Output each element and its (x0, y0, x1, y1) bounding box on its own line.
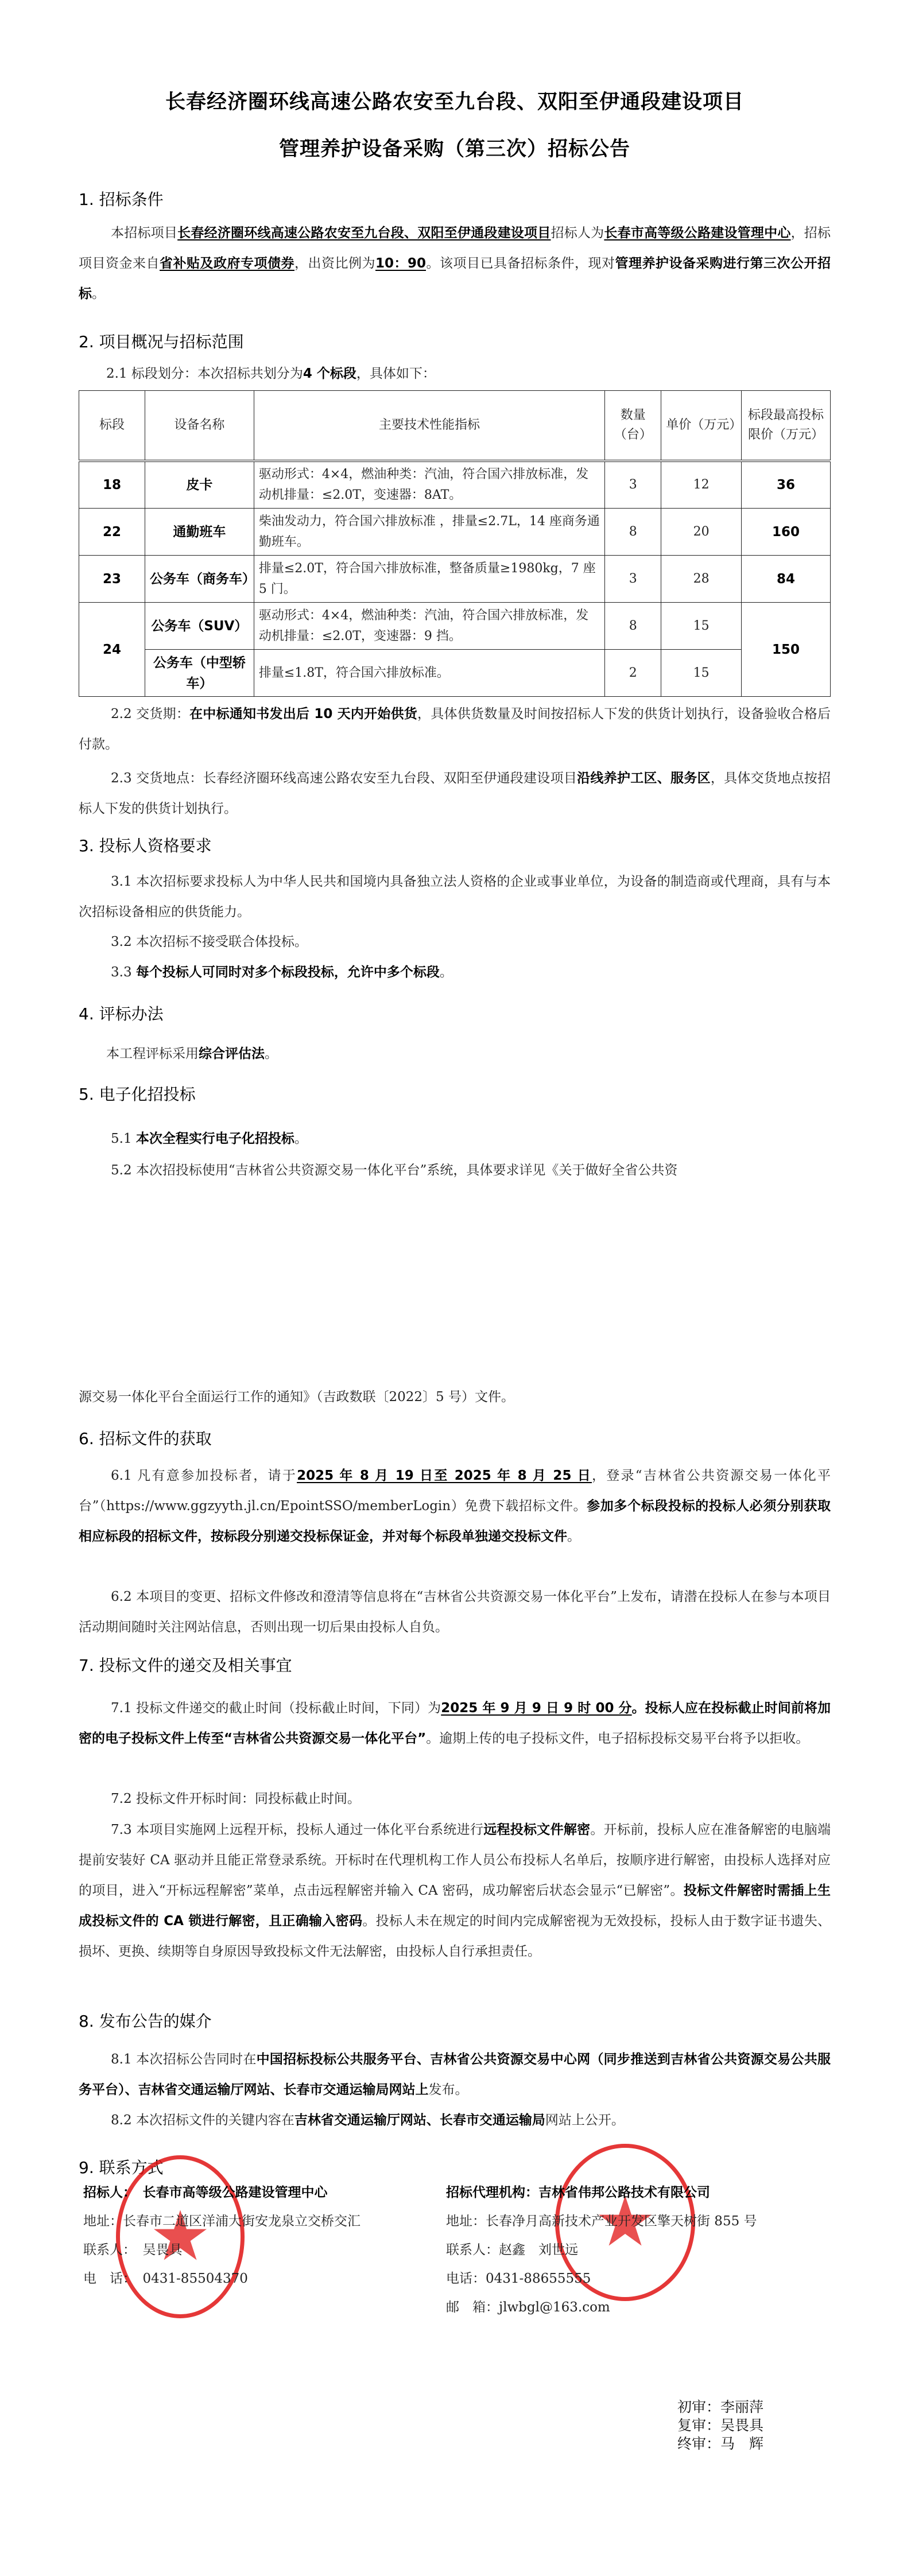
text: ，出资比例为 (294, 256, 375, 271)
header-spec: 主要技术性能指标 (254, 391, 604, 461)
tenderer-name: 长春市高等级公路建设管理中心 (143, 2185, 328, 2200)
section-heading-7: 7. 投标文件的递交及相关事宜 (79, 1653, 292, 1676)
table-row: 24 公务车（SUV） 驱动形式：4×4，燃油种类：汽油，符合国六排放标准，发动… (79, 603, 831, 650)
label: 初审： (677, 2399, 720, 2415)
tenderer-name: 长春市高等级公路建设管理中心 (604, 226, 790, 240)
agency-name-line: 招标代理机构：吉林省伟邦公路技术有限公司 (446, 2178, 757, 2207)
text: 7.3 本项目实施网上远程开标，投标人通过一体化平台系统进行 (111, 1822, 483, 1837)
equipment-spec: 柴油发动力，符合国六排放标准 ，排量≤2.7L，14 座商务通勤班车。 (254, 509, 604, 556)
submission-7-3: 7.3 本项目实施网上远程开标，投标人通过一体化平台系统进行远程投标文件解密。开… (79, 1815, 831, 1967)
text: ，具体如下： (356, 366, 436, 381)
electronic-5-2-line1: 5.2 本次招投标使用“吉林省公共资源交易一体化平台”系统，具体要求详见《关于做… (79, 1155, 831, 1186)
unit-price: 20 (661, 509, 742, 556)
reviewer-name: 李丽萍 (720, 2399, 763, 2415)
text: 发布。 (429, 2082, 468, 2097)
header-qty: 数量（台） (605, 391, 661, 461)
text: 5.1 (111, 1131, 136, 1146)
section-heading-9: 9. 联系方式 (79, 2155, 164, 2178)
quantity: 2 (605, 650, 661, 697)
agency-phone-line: 电话：0431-88655555 (446, 2264, 757, 2293)
table-row: 22 通勤班车 柴油发动力，符合国六排放标准 ，排量≤2.7L，14 座商务通勤… (79, 509, 831, 556)
text: 。 (92, 286, 105, 301)
tenderer-contact-person: 吴畏具 (143, 2243, 183, 2257)
equipment-spec: 驱动形式：4×4，燃油种类：汽油，符合国六排放标准，发动机排量：≤2.0T，变速… (254, 603, 604, 650)
document-title-line1: 长春经济圈环线高速公路农安至九台段、双阳至伊通段建设项目 (79, 86, 831, 115)
max-price: 150 (742, 603, 831, 697)
lot-number: 22 (79, 509, 145, 556)
tenderer-contact-block: 招标人： 长春市高等级公路建设管理中心 地址：长春市二道区洋浦大街安龙泉立交桥交… (83, 2178, 360, 2293)
table-row: 18 皮卡 驱动形式：4×4，燃油种类：汽油，符合国六排放标准，发动机排量：≤2… (79, 461, 831, 509)
text: 8.1 本次招标公告同时在 (111, 2052, 257, 2067)
label: 电 话： (83, 2271, 130, 2286)
table-header-row: 标段 设备名称 主要技术性能指标 数量（台） 单价（万元） 标段最高投标限价（万… (79, 391, 831, 461)
evaluation-method: 本工程评标采用综合评估法。 (106, 1039, 858, 1069)
bid-deadline: 2025 年 9 月 9 日 9 时 00 分 (441, 1701, 631, 1716)
disclosure-sites: 吉林省交通运输厅网站、长春市交通运输局 (294, 2113, 545, 2128)
media-8-1: 8.1 本次招标公告同时在中国招标投标公共服务平台、吉林省公共资源交易中心网（同… (79, 2044, 831, 2105)
tenderer-address-line: 地址：长春市二道区洋浦大街安龙泉立交桥交汇 (83, 2207, 360, 2236)
quantity: 8 (605, 603, 661, 650)
lot-number: 18 (79, 461, 145, 509)
unit-price: 15 (661, 603, 742, 650)
document-title-line2: 管理养护设备采购（第三次）招标公告 (79, 133, 831, 162)
label: 招标人： (83, 2185, 130, 2200)
tenderer-contact-line: 联系人： 吴畏具 (83, 2236, 360, 2264)
unit-price: 12 (661, 461, 742, 509)
text: 。 (265, 1046, 278, 1061)
agency-address-line: 地址：长春净月高新技术产业开发区擎天树街 855 号 (446, 2207, 757, 2236)
equipment-name: 公务车（中型轿车） (145, 650, 254, 697)
header-lot: 标段 (79, 391, 145, 461)
reviewer-initial: 初审：李丽萍 (677, 2398, 763, 2416)
max-price: 36 (742, 461, 831, 509)
text: 。 (294, 1131, 308, 1146)
agency-email-line: 邮 箱：jlwbgl@163.com (446, 2293, 757, 2322)
unit-price: 15 (661, 650, 742, 697)
agency-contact-line: 联系人：赵鑫 刘世远 (446, 2236, 757, 2264)
equipment-spec: 驱动形式：4×4，燃油种类：汽油，符合国六排放标准，发动机排量：≤2.0T，变速… (254, 461, 604, 509)
electronic-bidding: 本次全程实行电子化招投标 (136, 1131, 294, 1146)
delivery-start: 在中标通知书发出后 10 天内开始供货 (189, 707, 417, 721)
table-row: 公务车（中型轿车） 排量≤1.8T，符合国六排放标准。 2 15 (79, 650, 831, 697)
equipment-name: 通勤班车 (145, 509, 254, 556)
text: 。逾期上传的电子投标文件，电子招标投标交易平台将予以拒收。 (426, 1731, 809, 1746)
electronic-5-1: 5.1 本次全程实行电子化招投标。 (79, 1124, 831, 1154)
equipment-spec: 排量≤2.0T，符合国六排放标准，整备质量≥1980kg，7 座 5 门。 (254, 556, 604, 603)
fund-source: 省补贴及政府专项债券 (160, 256, 294, 271)
label: 联系人： (83, 2243, 130, 2257)
evaluation-method-name: 综合评估法 (199, 1046, 265, 1061)
section-heading-4: 4. 评标办法 (79, 1002, 164, 1025)
agency-address: 长春净月高新技术产业开发区擎天树街 855 号 (486, 2214, 757, 2229)
equipment-name: 公务车（SUV） (145, 603, 254, 650)
label: 地址： (446, 2214, 486, 2229)
submission-7-2: 7.2 投标文件开标时间：同投标截止时间。 (79, 1784, 831, 1814)
lot-number: 23 (79, 556, 145, 603)
unit-price: 28 (661, 556, 742, 603)
equipment-name: 公务车（商务车） (145, 556, 254, 603)
label: 地址： (83, 2214, 123, 2229)
delivery-sites: 沿线养护工区、服务区 (577, 771, 711, 786)
max-price: 160 (742, 509, 831, 556)
text: 本工程评标采用 (106, 1046, 199, 1061)
text: 本招标项目 (111, 226, 177, 240)
text: 网站上公开。 (545, 2113, 625, 2128)
agency-name: 吉林省伟邦公路技术有限公司 (538, 2185, 710, 2200)
tenderer-phone-line: 电 话： 0431-85504370 (83, 2264, 360, 2293)
header-max-price: 标段最高投标限价（万元） (742, 391, 831, 461)
text: 6.1 凡有意参加投标者，请于 (111, 1468, 297, 1483)
document-acquisition-6-1: 6.1 凡有意参加投标者，请于2025 年 8 月 19 日至 2025 年 8… (79, 1461, 831, 1552)
max-price: 84 (742, 556, 831, 603)
lot-count: 4 个标段 (303, 366, 356, 381)
lots-table: 标段 设备名称 主要技术性能指标 数量（台） 单价（万元） 标段最高投标限价（万… (79, 390, 831, 697)
tenderer-name-line: 招标人： 长春市高等级公路建设管理中心 (83, 2178, 360, 2207)
reviewer-second: 复审：吴畏具 (677, 2416, 763, 2435)
text: 3.3 (111, 965, 136, 980)
equipment-name: 皮卡 (145, 461, 254, 509)
table-row: 23 公务车（商务车） 排量≤2.0T，符合国六排放标准，整备质量≥1980kg… (79, 556, 831, 603)
section-heading-3: 3. 投标人资格要求 (79, 833, 212, 856)
label: 招标代理机构： (446, 2185, 538, 2200)
delivery-location: 2.3 交货地点：长春经济圈环线高速公路农安至九台段、双阳至伊通段建设项目沿线养… (79, 763, 831, 824)
document-acquisition-6-2: 6.2 本项目的变更、招标文件修改和澄清等信息将在“吉林省公共资源交易一体化平台… (79, 1582, 831, 1643)
header-equipment: 设备名称 (145, 391, 254, 461)
section-heading-6: 6. 招标文件的获取 (79, 1426, 212, 1449)
agency-email[interactable]: jlwbgl@163.com (499, 2300, 610, 2315)
agency-contact-persons: 赵鑫 刘世远 (499, 2243, 578, 2257)
lot-division-text: 2.1 标段划分：本次招标共划分为4 个标段，具体如下： (106, 359, 831, 389)
qualification-3-1: 3.1 本次招标要求投标人为中华人民共和国境内具备独立法人资格的企业或事业单位，… (79, 867, 831, 928)
quantity: 3 (605, 556, 661, 603)
text: 8.2 本次招标文件的关键内容在 (111, 2113, 294, 2128)
text: 2.1 标段划分：本次招标共划分为 (106, 366, 303, 381)
label: 联系人： (446, 2243, 499, 2257)
text: 2.3 交货地点：长春经济圈环线高速公路农安至九台段、双阳至伊通段建设项目 (111, 771, 577, 786)
section-heading-8: 8. 发布公告的媒介 (79, 2009, 212, 2032)
label: 邮 箱： (446, 2300, 499, 2315)
reviewer-final: 终审：马 辉 (677, 2435, 763, 2453)
section-heading-5: 5. 电子化招投标 (79, 1082, 196, 1105)
project-name: 长春经济圈环线高速公路农安至九台段、双阳至伊通段建设项目 (177, 226, 551, 240)
text: 。 (567, 1529, 580, 1544)
reviewer-name: 马 辉 (720, 2435, 763, 2452)
download-period: 2025 年 8 月 19 日至 2025 年 8 月 25 日 (297, 1468, 592, 1483)
media-8-2: 8.2 本次招标文件的关键内容在吉林省交通运输厅网站、长春市交通运输局网站上公开… (79, 2105, 831, 2136)
section-heading-2: 2. 项目概况与招标范围 (79, 329, 244, 352)
label: 电话： (446, 2271, 486, 2286)
section-heading-1: 1. 招标条件 (79, 187, 164, 210)
remote-decryption: 远程投标文件解密 (483, 1822, 590, 1837)
electronic-5-2-line2: 源交易一体化平台全面运行工作的通知》（吉政数联〔2022〕5 号）文件。 (79, 1382, 831, 1413)
tenderer-phone: 0431-85504370 (143, 2271, 248, 2286)
quantity: 3 (605, 461, 661, 509)
section-1-paragraph: 本招标项目长春经济圈环线高速公路农安至九台段、双阳至伊通段建设项目招标人为长春市… (79, 218, 831, 309)
agency-contact-block: 招标代理机构：吉林省伟邦公路技术有限公司 地址：长春净月高新技术产业开发区擎天树… (446, 2178, 757, 2322)
text: 7.1 投标文件递交的截止时间（投标截止时间，下同）为 (111, 1701, 441, 1716)
qualification-3-2: 3.2 本次招标不接受联合体投标。 (79, 927, 831, 957)
text: 2.2 交货期： (111, 707, 189, 721)
reviewer-name: 吴畏具 (720, 2417, 763, 2434)
agency-phone: 0431-88655555 (486, 2271, 591, 2286)
header-unit-price: 单价（万元） (661, 391, 742, 461)
fund-ratio: 10：90 (375, 256, 426, 271)
equipment-spec: 排量≤1.8T，符合国六排放标准。 (254, 650, 604, 697)
label: 复审： (677, 2417, 720, 2434)
quantity: 8 (605, 509, 661, 556)
text: 。该项目已具备招标条件，现对 (426, 256, 615, 271)
label: 终审： (677, 2435, 720, 2452)
qualification-3-3: 3.3 每个投标人可同时对多个标段投标，允许中多个标段。 (79, 957, 831, 988)
submission-7-1: 7.1 投标文件递交的截止时间（投标截止时间，下同）为2025 年 9 月 9 … (79, 1693, 831, 1754)
multi-lot-rule: 每个投标人可同时对多个标段投标，允许中多个标段 (136, 965, 440, 980)
delivery-period: 2.2 交货期：在中标通知书发出后 10 天内开始供货，具体供货数量及时间按招标… (79, 699, 831, 760)
reviewer-signoff: 初审：李丽萍 复审：吴畏具 终审：马 辉 (677, 2398, 763, 2453)
text: 招标人为 (551, 226, 604, 240)
lot-number: 24 (79, 603, 145, 697)
text: 。 (440, 965, 453, 980)
tenderer-address: 长春市二道区洋浦大街安龙泉立交桥交汇 (123, 2214, 360, 2229)
